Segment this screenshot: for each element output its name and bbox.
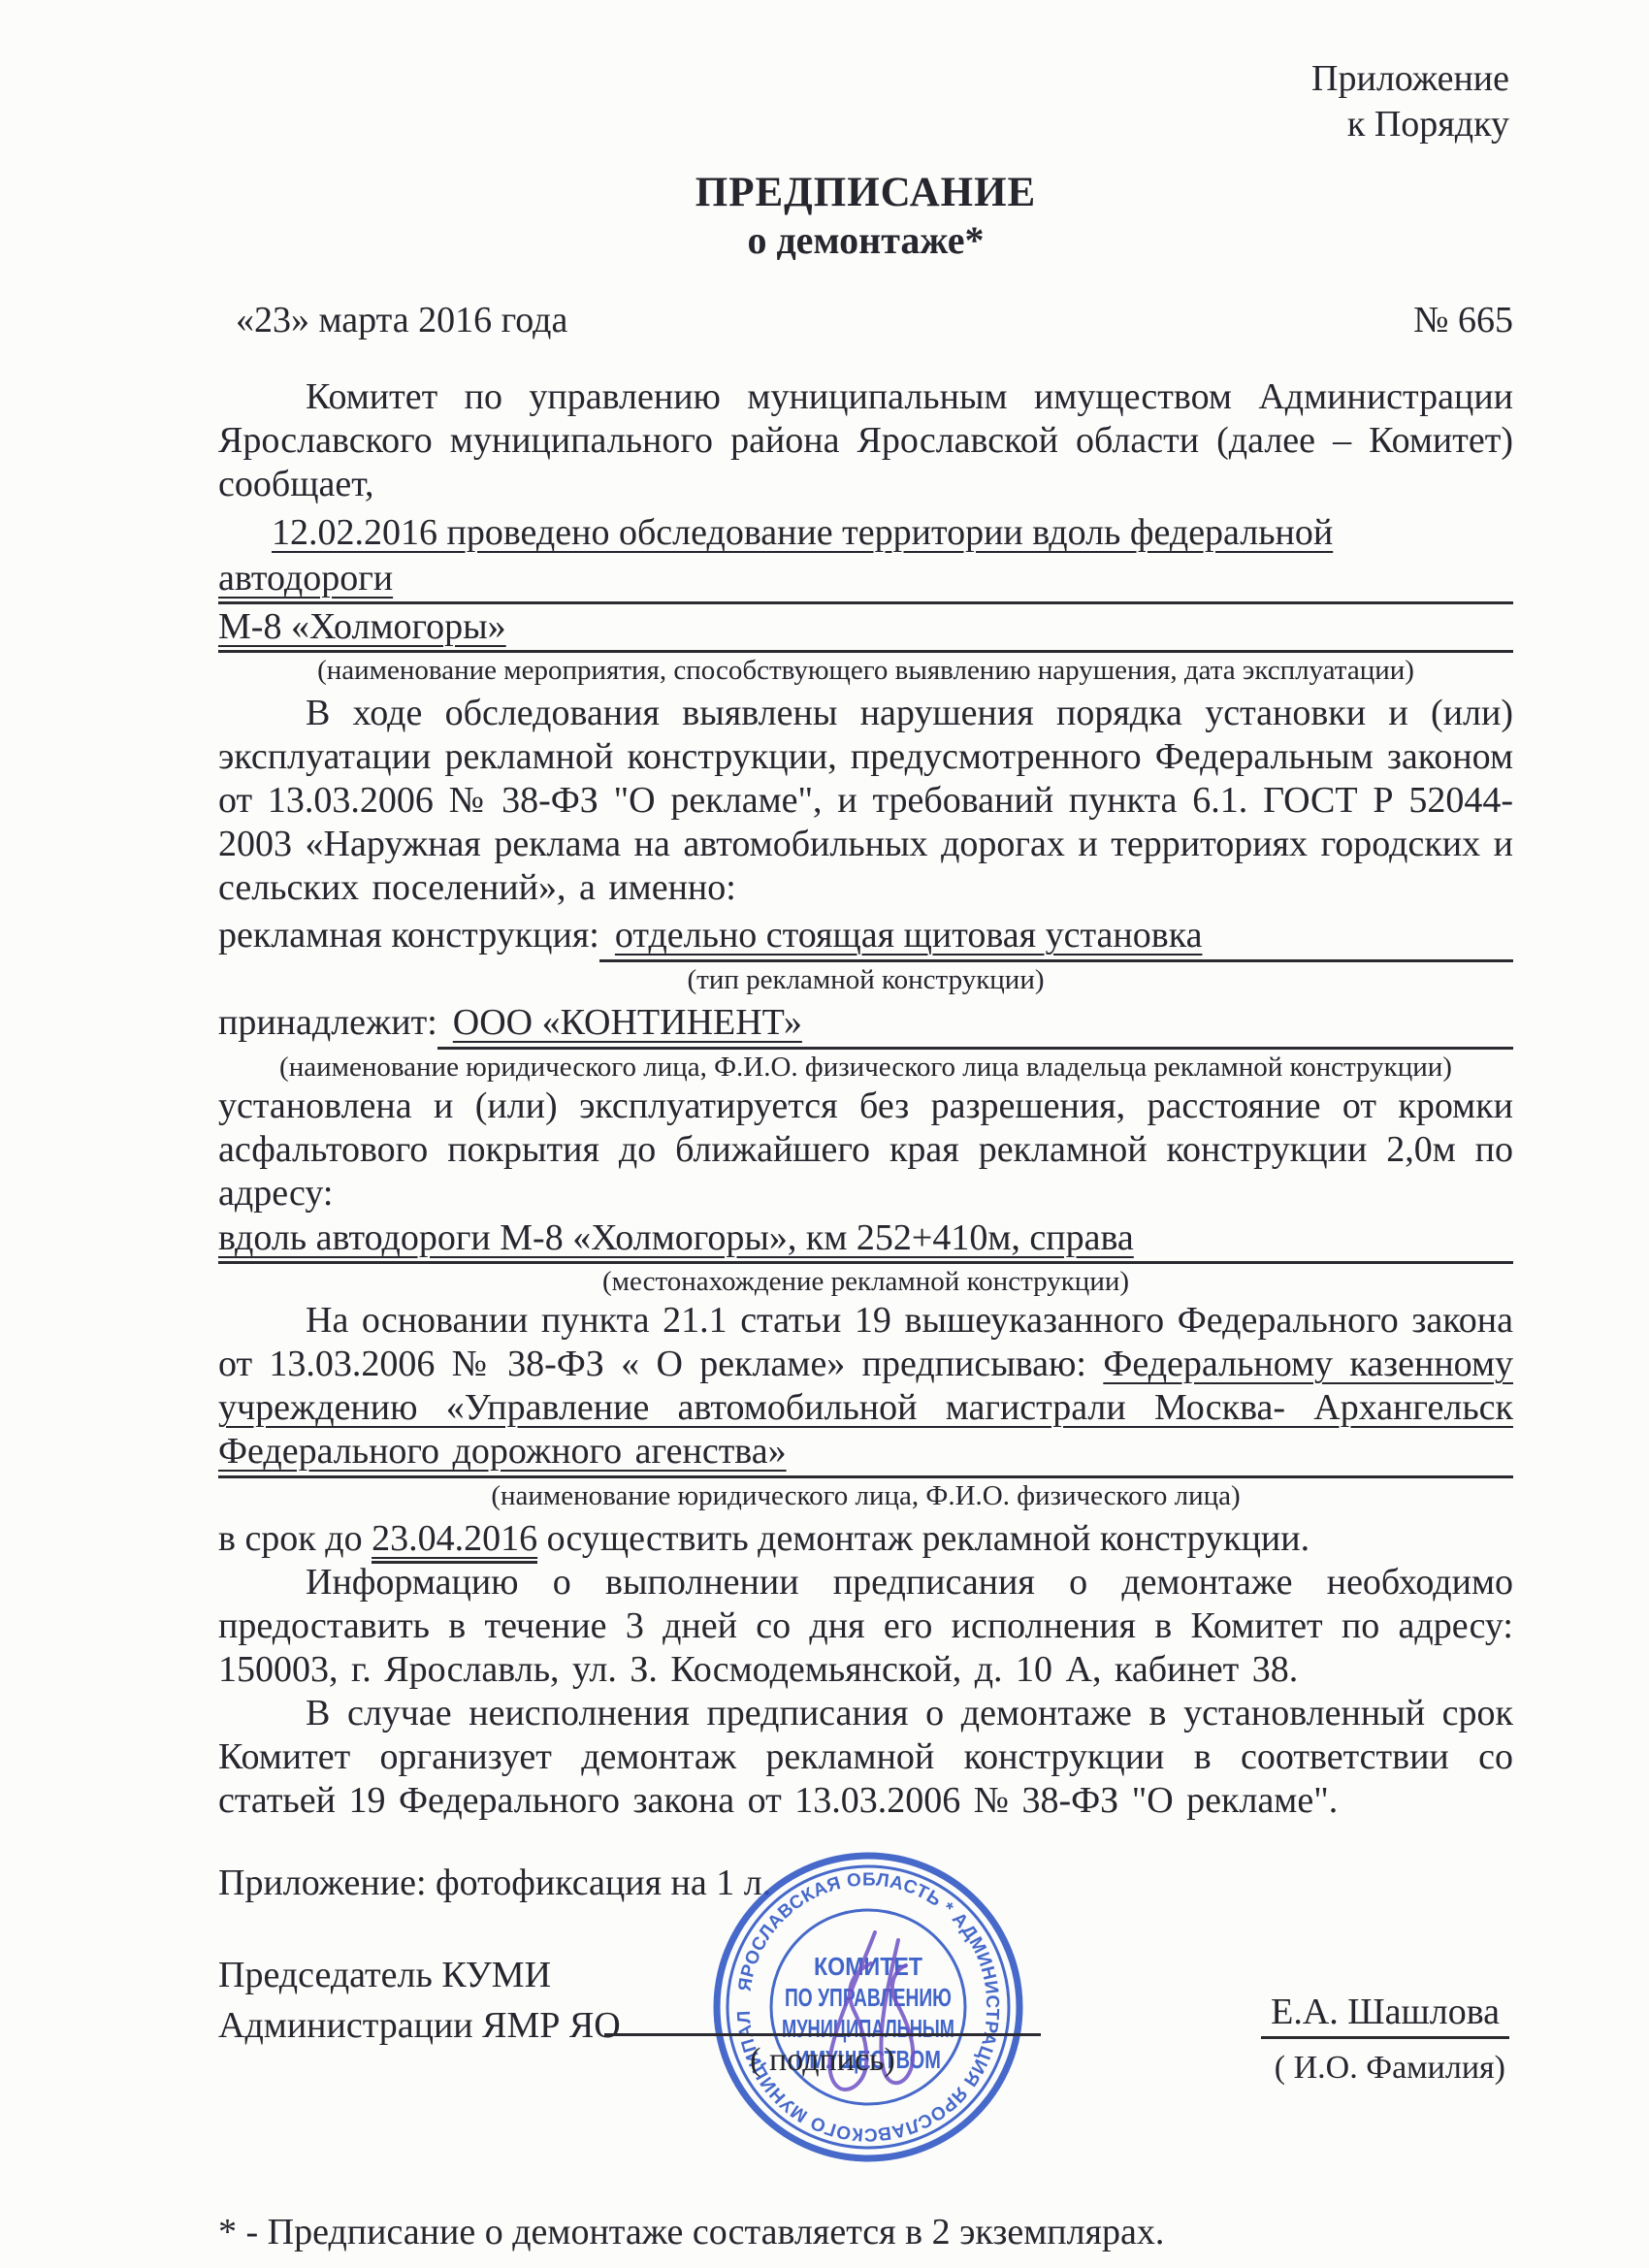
addressee-caption: (наименование юридического лица, Ф.И.О. … [218, 1478, 1513, 1513]
construction-type-value: отдельно стоящая щитовая установка [615, 915, 1203, 956]
document-date: «23» марта 2016 года [236, 299, 567, 342]
location-row: вдоль автодороги М-8 «Холмогоры», км 252… [218, 1215, 1513, 1264]
document-number: № 665 [1413, 299, 1513, 342]
signature-block: Председатель КУМИ Администрации ЯМР ЯО Я… [218, 1940, 1513, 2149]
owner-value: ООО «КОНТИНЕНТ» [453, 1002, 802, 1043]
event-caption: (наименование мероприятия, способствующе… [218, 653, 1513, 688]
document-subtitle: о демонтаже* [218, 217, 1513, 264]
event-line-2: М-8 «Холмогоры» [218, 604, 1513, 653]
annex-line-1: Приложение [218, 56, 1509, 102]
document-page: Приложение к Порядку ПРЕДПИСАНИЕ о демон… [0, 0, 1649, 2268]
owner-label: принадлежит: [218, 999, 437, 1047]
signer-role-line-1: Председатель КУМИ [218, 1950, 621, 2000]
annex-header: Приложение к Порядку [218, 56, 1513, 147]
paragraph-intro: Комитет по управлению муниципальным имущ… [218, 375, 1513, 506]
attachment-line: Приложение: фотофиксация на 1 л. [218, 1862, 1513, 1905]
owner-caption: (наименование юридического лица, Ф.И.О. … [218, 1050, 1513, 1085]
footnote: * - Предписание о демонтаже составляется… [218, 2211, 1513, 2254]
paragraph-report: Информацию о выполнении предписания о де… [218, 1561, 1513, 1692]
event-line-1-value: 12.02.2016 проведено обследование террит… [218, 512, 1333, 599]
paragraph-order: На основании пункта 21.1 статьи 19 вышеу… [218, 1299, 1513, 1478]
document-title: ПРЕДПИСАНИЕ [218, 169, 1513, 217]
signer-role: Председатель КУМИ Администрации ЯМР ЯО [218, 1950, 621, 2051]
signature-caption: ( подпись) [604, 2041, 1041, 2080]
document-content: Приложение к Порядку ПРЕДПИСАНИЕ о демон… [218, 56, 1513, 2254]
event-line-1: 12.02.2016 проведено обследование террит… [218, 510, 1513, 604]
stamp-center-line-2: ПО УПРАВЛЕНИЮ [785, 1983, 952, 2012]
construction-type-row: рекламная конструкция: отдельно стоящая … [218, 912, 1513, 962]
stamp-center-line-3: МУНИЦИПАЛЬНЫМ [782, 2014, 954, 2043]
title-block: ПРЕДПИСАНИЕ о демонтаже* [218, 169, 1513, 264]
deadline-suffix: осуществить демонтаж рекламной конструкц… [537, 1518, 1309, 1559]
event-line-2-value: М-8 «Холмогоры» [218, 606, 506, 647]
owner-blank: ООО «КОНТИНЕНТ» [437, 999, 1513, 1050]
location-value: вдоль автодороги М-8 «Холмогоры», км 252… [218, 1217, 1134, 1258]
paragraph-installed: установлена и (или) эксплуатируется без … [218, 1085, 1513, 1215]
stamp-center-line-1: КОМИТЕТ [814, 1952, 922, 1981]
paragraph-deadline: в срок до 23.04.2016 осуществить демонта… [218, 1517, 1513, 1561]
deadline-prefix: в срок до [218, 1518, 372, 1559]
deadline-date: 23.04.2016 [372, 1518, 537, 1564]
paragraph-noncompliance: В случае неисполнения предписания о демо… [218, 1692, 1513, 1823]
owner-row: принадлежит: ООО «КОНТИНЕНТ» [218, 999, 1513, 1050]
signer-role-line-2: Администрации ЯМР ЯО [218, 2000, 621, 2051]
signature-line [604, 2033, 1041, 2036]
construction-type-blank: отдельно стоящая щитовая установка [599, 912, 1513, 962]
construction-type-caption: (тип рекламной конструкции) [218, 962, 1513, 997]
paragraph-violations: В ходе обследования выявлены нарушения п… [218, 692, 1513, 910]
signer-name-caption: ( И.О. Фамилия) [1275, 2049, 1505, 2088]
location-caption: (местонахождение рекламной конструкции) [218, 1264, 1513, 1299]
date-number-row: «23» марта 2016 года № 665 [218, 299, 1513, 342]
signer-name: Е.А. Шашлова [1261, 1991, 1509, 2039]
annex-line-2: к Порядку [218, 102, 1509, 147]
construction-type-label: рекламная конструкция: [218, 912, 599, 959]
